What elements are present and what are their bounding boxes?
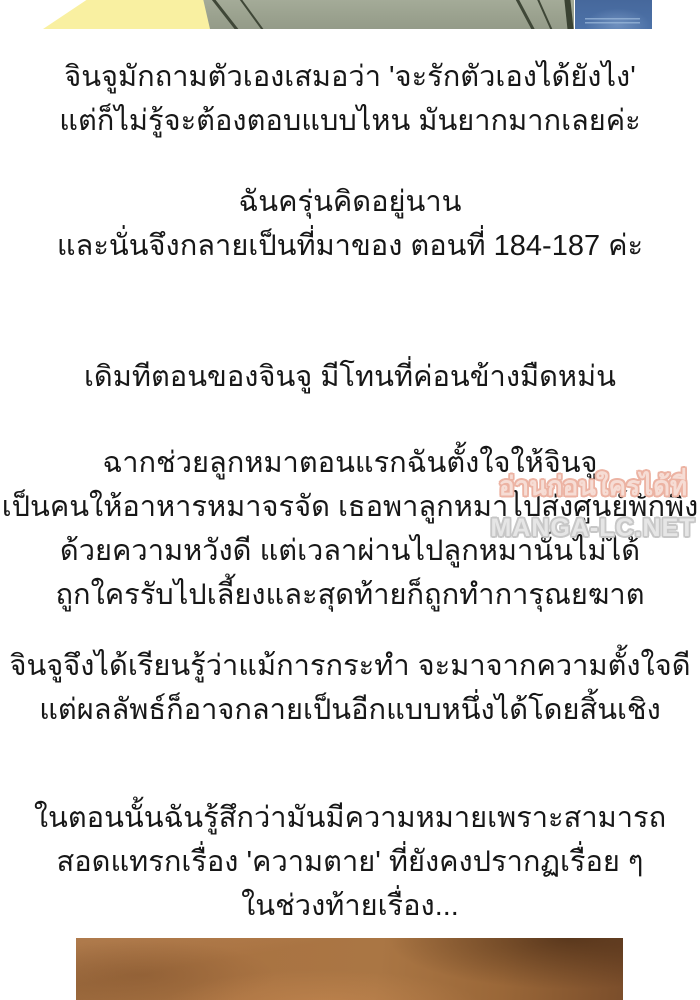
note-text-line: จินจูจึงได้เรียนรู้ว่าแม้การกระทำ จะมาจา… bbox=[0, 644, 700, 688]
note-text-line: ถูกใครรับไปเลี้ยงและสุดท้ายก็ถูกทำการุณย… bbox=[0, 573, 700, 617]
note-text-line: สอดแทรกเรื่อง 'ความตาย' ที่ยังคงปรากฏเรื… bbox=[0, 840, 700, 884]
author-note-paragraph: ในตอนนั้นฉันรู้สึกว่ามันมีความหมายเพราะส… bbox=[0, 796, 700, 928]
note-text-line: และนั่นจึงกลายเป็นที่มาของ ตอนที่ 184-18… bbox=[0, 224, 700, 268]
note-text-line: ด้วยความหวังดี แต่เวลาผ่านไปลูกหมานั้นไม… bbox=[0, 529, 700, 573]
author-note-paragraph: ฉันครุ่นคิดอยู่นาน และนั่นจึงกลายเป็นที่… bbox=[0, 180, 700, 268]
note-text-line: แต่ก็ไม่รู้จะต้องตอบแบบไหน มันยากมากเลยค… bbox=[0, 99, 700, 143]
note-text-line: ในตอนนั้นฉันรู้สึกว่ามันมีความหมายเพราะส… bbox=[0, 796, 700, 840]
note-text-line: เป็นคนให้อาหารหมาจรจัด เธอพาลูกหมาไปส่งศ… bbox=[0, 485, 700, 529]
webtoon-author-note-page: จินจูมักถามตัวเองเสมอว่า 'จะรักตัวเองได้… bbox=[0, 0, 700, 1000]
note-text-line: แต่ผลลัพธ์ก็อาจกลายเป็นอีกแบบหนึ่งได้โดย… bbox=[0, 688, 700, 732]
note-text-line: ฉันครุ่นคิดอยู่นาน bbox=[0, 180, 700, 224]
panel-blue-detail-lines bbox=[585, 18, 640, 25]
top-comic-panel-crop bbox=[0, 0, 700, 29]
author-note-paragraph: จินจูจึงได้เรียนรู้ว่าแม้การกระทำ จะมาจา… bbox=[0, 644, 700, 732]
note-text-line: ในช่วงท้ายเรื่อง... bbox=[0, 884, 700, 928]
author-note-paragraph: เดิมทีตอนของจินจู มีโทนที่ค่อนข้างมืดหม่… bbox=[0, 355, 700, 399]
author-note-paragraph: จินจูมักถามตัวเองเสมอว่า 'จะรักตัวเองได้… bbox=[0, 55, 700, 143]
bottom-comic-panel-crop bbox=[76, 938, 623, 1000]
note-text-line: เดิมทีตอนของจินจู มีโทนที่ค่อนข้างมืดหม่… bbox=[0, 355, 700, 399]
panel-yellow-area bbox=[43, 0, 210, 29]
note-text-line: จินจูมักถามตัวเองเสมอว่า 'จะรักตัวเองได้… bbox=[0, 55, 700, 99]
author-note-paragraph: ฉากช่วยลูกหมาตอนแรกฉันตั้งใจให้จินจู เป็… bbox=[0, 441, 700, 617]
note-text-line: ฉากช่วยลูกหมาตอนแรกฉันตั้งใจให้จินจู bbox=[0, 441, 700, 485]
